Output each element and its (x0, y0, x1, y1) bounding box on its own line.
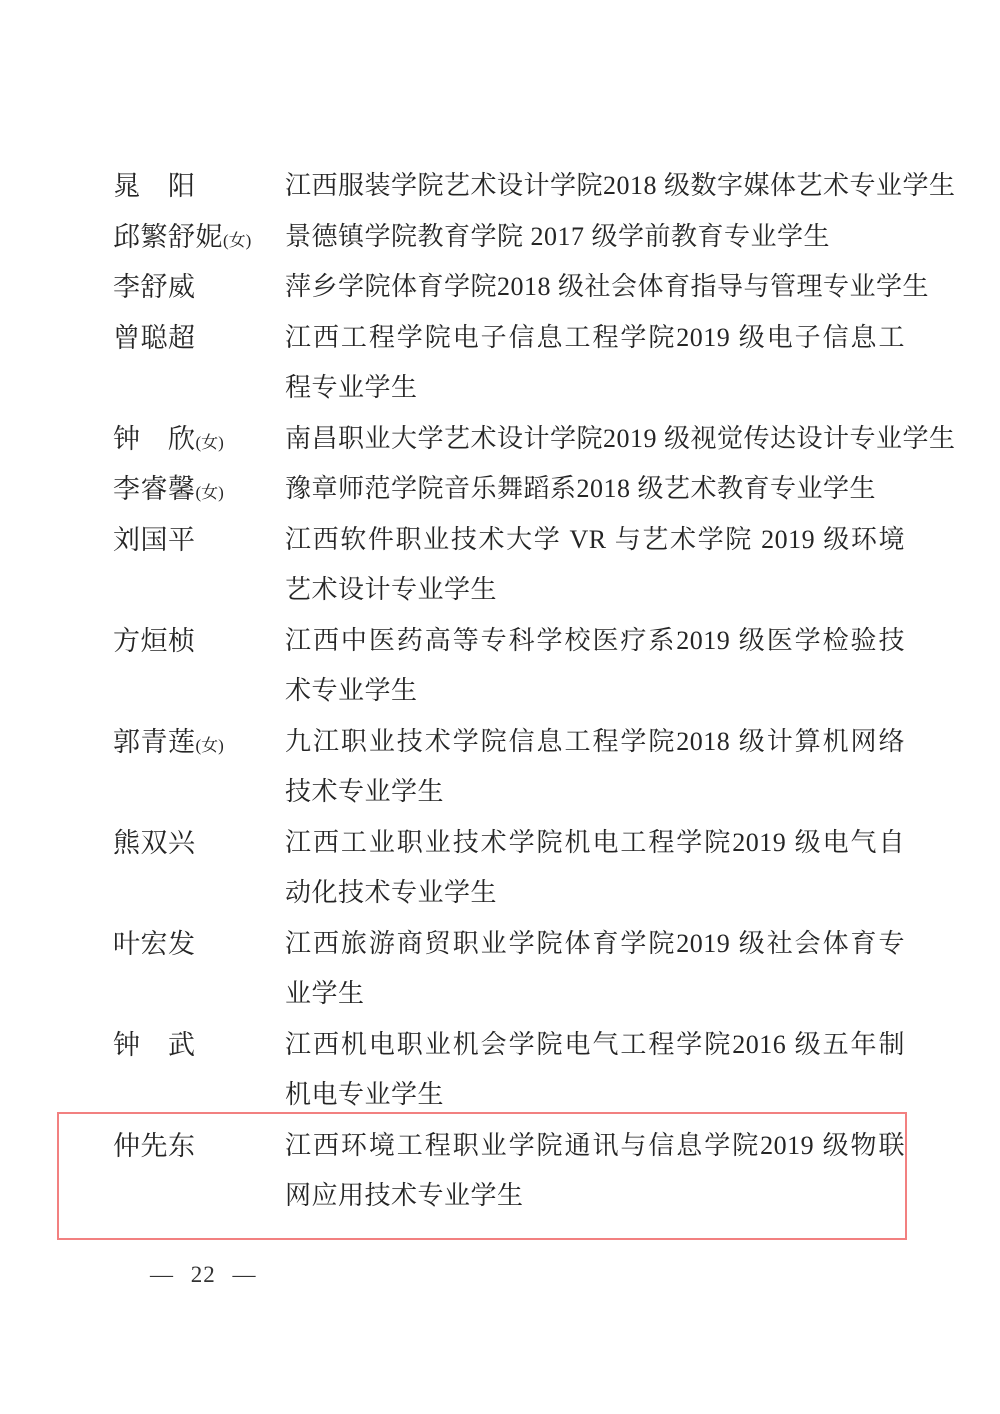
description-line: 机电专业学生 (285, 1070, 905, 1121)
student-name-cell: 仲先东 (113, 1121, 285, 1172)
student-name-cell: 李睿馨(女) (113, 464, 285, 515)
description-line: 萍乡学院体育学院2018 级社会体育指导与管理专业学生 (285, 262, 905, 313)
student-name: 晁 阳 (113, 171, 196, 201)
student-name: 钟 武 (113, 1030, 196, 1060)
student-description: 江西机电职业机会学院电气工程学院2016 级五年制机电专业学生 (285, 1020, 905, 1121)
student-name: 邱繁舒妮 (113, 222, 223, 252)
list-entry: 曾聪超 江西工程学院电子信息工程学院2019 级电子信息工程专业学生 (113, 313, 905, 414)
student-description: 江西工程学院电子信息工程学院2019 级电子信息工程专业学生 (285, 313, 905, 414)
student-description: 江西中医药高等专科学校医疗系2019 级医学检验技术专业学生 (285, 616, 905, 717)
student-name: 熊双兴 (113, 828, 196, 858)
list-entry: 仲先东 江西环境工程职业学院通讯与信息学院2019 级物联网应用技术专业学生 (113, 1121, 905, 1222)
student-description: 九江职业技术学院信息工程学院2018 级计算机网络技术专业学生 (285, 717, 905, 818)
student-description: 江西环境工程职业学院通讯与信息学院2019 级物联网应用技术专业学生 (285, 1121, 905, 1222)
description-line: 江西软件职业技术大学 VR 与艺术学院 2019 级环境 (285, 515, 905, 566)
page-number: — 22 — (150, 1262, 257, 1288)
student-description: 江西旅游商贸职业学院体育学院2019 级社会体育专业学生 (285, 919, 905, 1020)
student-name-cell: 钟 欣(女) (113, 414, 285, 465)
description-line: 江西服装学院艺术设计学院2018 级数字媒体艺术专业学生 (285, 161, 905, 212)
student-name: 曾聪超 (113, 323, 196, 353)
student-description: 江西工业职业技术学院机电工程学院2019 级电气自动化技术专业学生 (285, 818, 905, 919)
list-entry: 熊双兴 江西工业职业技术学院机电工程学院2019 级电气自动化技术专业学生 (113, 818, 905, 919)
student-name-cell: 晁 阳 (113, 161, 285, 212)
list-entry: 钟 欣(女) 南昌职业大学艺术设计学院2019 级视觉传达设计专业学生 (113, 414, 905, 465)
gender-suffix: (女) (196, 736, 224, 755)
student-name: 郭青莲 (113, 727, 196, 757)
list-entry: 刘国平 江西软件职业技术大学 VR 与艺术学院 2019 级环境艺术设计专业学生 (113, 515, 905, 616)
document-page: 晁 阳 江西服装学院艺术设计学院2018 级数字媒体艺术专业学生 邱繁舒妮(女)… (0, 0, 1000, 1414)
student-name: 李舒威 (113, 272, 196, 302)
student-name: 叶宏发 (113, 929, 196, 959)
student-name: 钟 欣 (113, 424, 196, 454)
student-name-cell: 方烜桢 (113, 616, 285, 667)
description-line: 豫章师范学院音乐舞蹈系2018 级艺术教育专业学生 (285, 464, 905, 515)
list-entry: 李舒威 萍乡学院体育学院2018 级社会体育指导与管理专业学生 (113, 262, 905, 313)
student-list: 晁 阳 江西服装学院艺术设计学院2018 级数字媒体艺术专业学生 邱繁舒妮(女)… (113, 161, 905, 1222)
gender-suffix: (女) (196, 483, 224, 502)
student-description: 豫章师范学院音乐舞蹈系2018 级艺术教育专业学生 (285, 464, 905, 515)
student-name: 李睿馨 (113, 474, 196, 504)
student-name-cell: 叶宏发 (113, 919, 285, 970)
description-line: 程专业学生 (285, 363, 905, 414)
student-description: 景德镇学院教育学院 2017 级学前教育专业学生 (285, 212, 905, 263)
description-line: 艺术设计专业学生 (285, 565, 905, 616)
description-line: 景德镇学院教育学院 2017 级学前教育专业学生 (285, 212, 905, 263)
student-name-cell: 钟 武 (113, 1020, 285, 1071)
list-entry: 晁 阳 江西服装学院艺术设计学院2018 级数字媒体艺术专业学生 (113, 161, 905, 212)
list-entry: 钟 武 江西机电职业机会学院电气工程学院2016 级五年制机电专业学生 (113, 1020, 905, 1121)
student-description: 南昌职业大学艺术设计学院2019 级视觉传达设计专业学生 (285, 414, 905, 465)
description-line: 江西工业职业技术学院机电工程学院2019 级电气自 (285, 818, 905, 869)
student-name-cell: 曾聪超 (113, 313, 285, 364)
student-name: 仲先东 (113, 1131, 196, 1161)
student-description: 江西软件职业技术大学 VR 与艺术学院 2019 级环境艺术设计专业学生 (285, 515, 905, 616)
description-line: 江西旅游商贸职业学院体育学院2019 级社会体育专 (285, 919, 905, 970)
gender-suffix: (女) (196, 433, 224, 452)
student-name-cell: 郭青莲(女) (113, 717, 285, 768)
description-line: 术专业学生 (285, 666, 905, 717)
gender-suffix: (女) (223, 231, 251, 250)
student-name-cell: 刘国平 (113, 515, 285, 566)
list-entry: 叶宏发 江西旅游商贸职业学院体育学院2019 级社会体育专业学生 (113, 919, 905, 1020)
description-line: 业学生 (285, 969, 905, 1020)
description-line: 江西中医药高等专科学校医疗系2019 级医学检验技 (285, 616, 905, 667)
student-name: 刘国平 (113, 525, 196, 555)
student-name: 方烜桢 (113, 626, 196, 656)
list-entry: 郭青莲(女) 九江职业技术学院信息工程学院2018 级计算机网络技术专业学生 (113, 717, 905, 818)
student-name-cell: 邱繁舒妮(女) (113, 212, 285, 263)
description-line: 江西环境工程职业学院通讯与信息学院2019 级物联 (285, 1121, 905, 1172)
list-entry: 方烜桢 江西中医药高等专科学校医疗系2019 级医学检验技术专业学生 (113, 616, 905, 717)
description-line: 江西机电职业机会学院电气工程学院2016 级五年制 (285, 1020, 905, 1071)
description-line: 江西工程学院电子信息工程学院2019 级电子信息工 (285, 313, 905, 364)
description-line: 网应用技术专业学生 (285, 1171, 905, 1222)
student-description: 江西服装学院艺术设计学院2018 级数字媒体艺术专业学生 (285, 161, 905, 212)
description-line: 技术专业学生 (285, 767, 905, 818)
list-entry: 李睿馨(女) 豫章师范学院音乐舞蹈系2018 级艺术教育专业学生 (113, 464, 905, 515)
student-name-cell: 熊双兴 (113, 818, 285, 869)
student-description: 萍乡学院体育学院2018 级社会体育指导与管理专业学生 (285, 262, 905, 313)
description-line: 动化技术专业学生 (285, 868, 905, 919)
description-line: 南昌职业大学艺术设计学院2019 级视觉传达设计专业学生 (285, 414, 905, 465)
student-name-cell: 李舒威 (113, 262, 285, 313)
description-line: 九江职业技术学院信息工程学院2018 级计算机网络 (285, 717, 905, 768)
list-entry: 邱繁舒妮(女) 景德镇学院教育学院 2017 级学前教育专业学生 (113, 212, 905, 263)
